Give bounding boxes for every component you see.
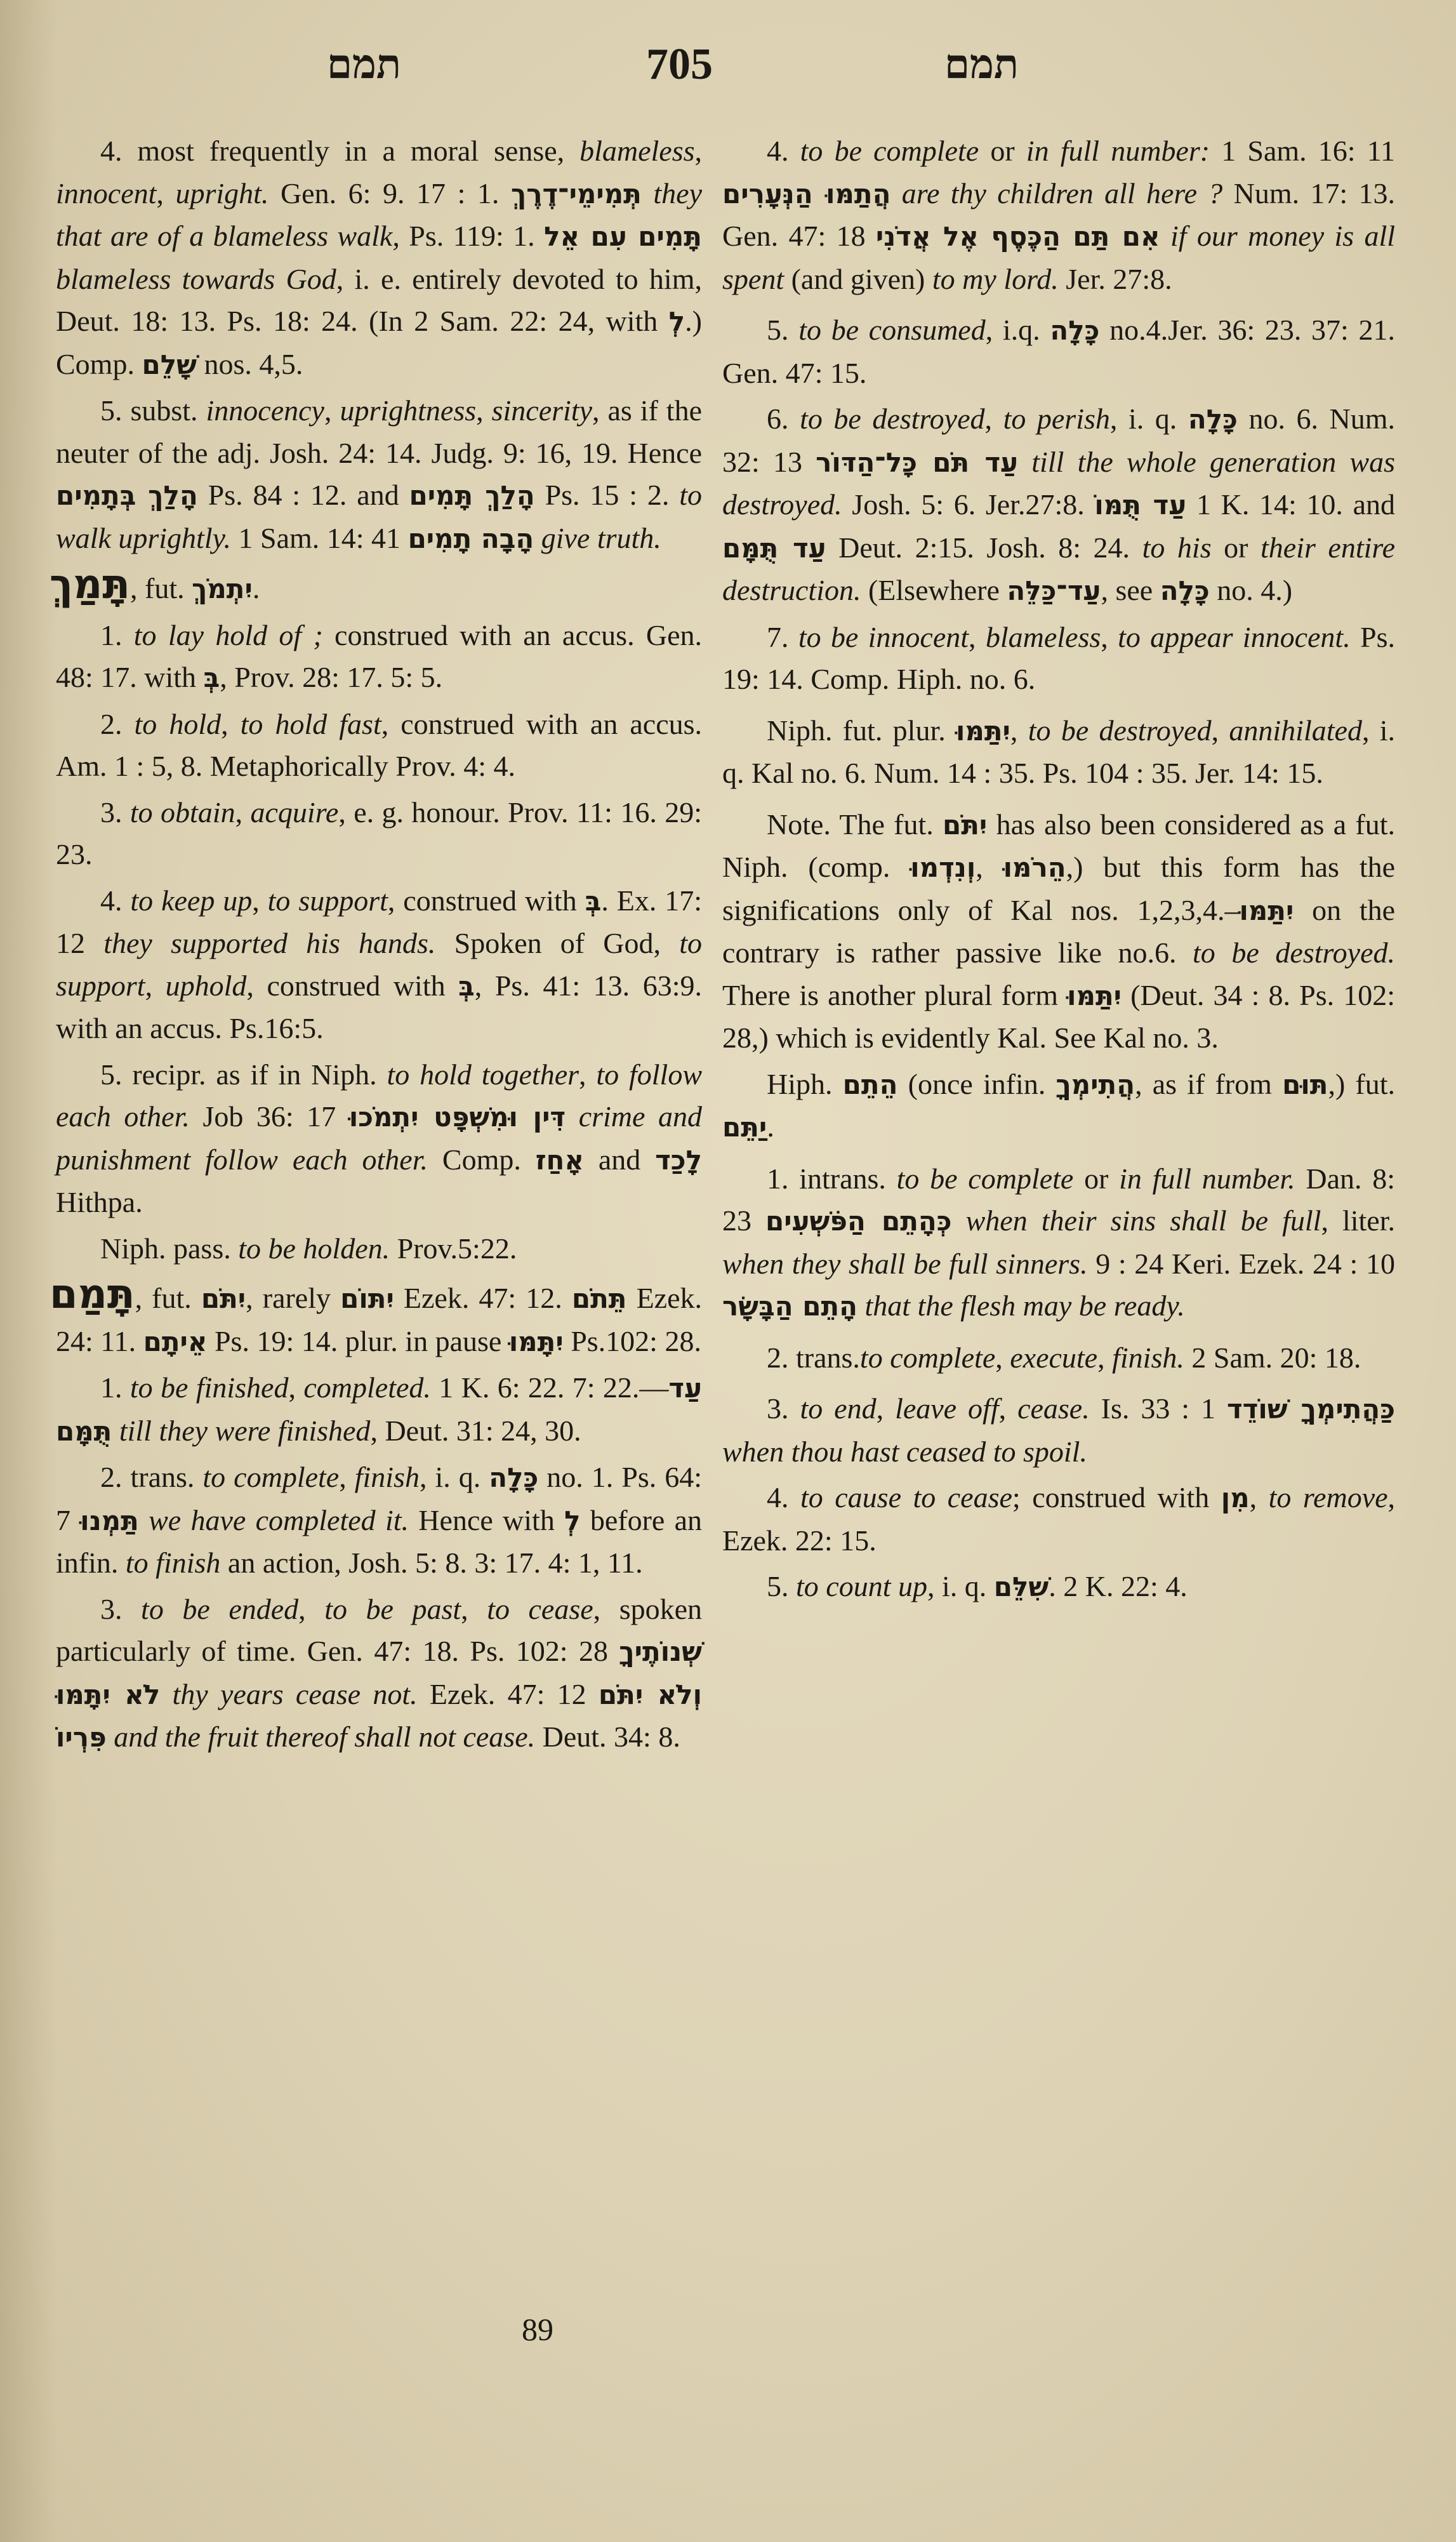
entry-paragraph: 4. to be complete or in full number: 1 S… <box>722 130 1395 300</box>
body-text: Ezek. 47: 12 <box>418 1678 599 1710</box>
gloss-italic: finish. <box>1112 1341 1184 1374</box>
body-text: . <box>767 1110 774 1143</box>
gloss-italic: to end <box>800 1392 876 1425</box>
hebrew-text: לָכַד <box>655 1145 702 1176</box>
hebrew-text: יִתְמֹךְ <box>192 573 253 604</box>
body-text: Prov.5:22. <box>390 1232 517 1265</box>
gloss-italic: give truth. <box>541 522 661 554</box>
headword: תָּמַם <box>50 1271 135 1318</box>
body-text: 1 Sam. 16: 11 <box>1210 135 1395 167</box>
body-text: , <box>288 1371 303 1404</box>
gloss-italic: when thou hast ceased to spoil. <box>722 1435 1087 1468</box>
gloss-italic: to count up <box>796 1570 927 1602</box>
entry-paragraph: 5. recipr. as if in Niph. to hold togeth… <box>56 1054 702 1224</box>
hebrew-text: אָחַז <box>536 1145 584 1176</box>
body-text: , liter. <box>1321 1204 1395 1237</box>
body-text: 3. <box>767 1392 800 1425</box>
gloss-italic: sincerity <box>492 394 592 427</box>
gloss-italic: to be innocent <box>798 621 969 653</box>
body-text: , i. q. <box>927 1570 994 1602</box>
gloss-italic: to keep up <box>130 884 252 917</box>
body-text: Ezek. 47: 12. <box>394 1282 572 1314</box>
entry-paragraph: 5. subst. innocency, uprightness, sincer… <box>56 390 702 560</box>
gloss-italic: to be consumed <box>798 314 986 346</box>
entry-headword-paragraph: תָּמַם, fut. יִתֹּם, rarely יִתּוֹם Ezek… <box>56 1274 702 1363</box>
body-text: 2. trans. <box>767 1341 860 1374</box>
body-text: , <box>999 1392 1017 1425</box>
body-text: ,) fut. <box>1328 1068 1395 1100</box>
running-head-left-word: תמם <box>327 39 401 90</box>
gloss-italic: thy years cease not. <box>173 1678 418 1710</box>
entry-paragraph: 4. to keep up, to support, construed wit… <box>56 880 702 1050</box>
hebrew-text: הָלַךְ בְּתָמִים <box>56 480 198 511</box>
body-text: 1 Sam. 14: 41 <box>231 522 408 554</box>
body-text: , i. q. <box>420 1461 489 1493</box>
body-text: (and given) <box>784 263 932 295</box>
body-text <box>112 1414 119 1447</box>
hebrew-text: הֵתֵם <box>843 1069 898 1100</box>
hebrew-text: אִם תַּם הַכֶּסֶף אֶל אֲדֹנִי <box>876 221 1160 252</box>
body-text: Deut. 2:15. Josh. 8: 24. <box>826 531 1142 564</box>
gloss-italic: execute <box>1010 1341 1097 1374</box>
entry-paragraph: 1. intrans. to be complete or in full nu… <box>722 1158 1395 1328</box>
body-text <box>107 1720 114 1753</box>
body-text: ; construed with <box>1012 1481 1221 1514</box>
body-text: 1 K. 14: 10. and <box>1186 488 1395 521</box>
right-column: 4. to be complete or in full number: 1 S… <box>722 130 1395 1613</box>
hebrew-text: בְּ <box>585 886 602 917</box>
body-text: and <box>584 1143 655 1176</box>
body-text: Comp. <box>428 1143 536 1176</box>
page-number: 705 <box>646 39 713 90</box>
gloss-italic: that the flesh may be ready. <box>865 1289 1185 1322</box>
body-text <box>1018 446 1031 478</box>
entry-paragraph: 1. to be finished, completed. 1 K. 6: 22… <box>56 1367 702 1453</box>
body-text: . <box>253 572 260 604</box>
running-head: תמם 705 תמם <box>0 39 1456 90</box>
body-text: Ps.102: 28. <box>564 1325 701 1357</box>
hebrew-text: תָּמִים עִם אֵל <box>544 221 702 252</box>
body-text: 2. <box>100 708 135 740</box>
body-text: Job 36: 17 <box>190 1100 349 1133</box>
gloss-italic: to appear innocent. <box>1118 621 1351 653</box>
entry-paragraph: 6. to be destroyed, to perish, i. q. כָּ… <box>722 398 1395 613</box>
body-text: 4. <box>767 135 800 167</box>
gloss-italic: to be finished <box>130 1371 289 1404</box>
gloss-italic: when their sins shall be full <box>966 1204 1321 1237</box>
body-text <box>160 1678 172 1710</box>
entry-paragraph: 1. to lay hold of ; construed with an ac… <box>56 615 702 700</box>
hebrew-text: תֵּתֹם <box>572 1283 627 1314</box>
body-text: 2. trans. <box>100 1461 202 1493</box>
gloss-italic: uphold <box>166 969 247 1002</box>
gloss-italic: to my lord. <box>932 263 1059 295</box>
gloss-italic: innocency <box>206 394 324 427</box>
hebrew-text: כַּהֲתִימְךָ שׁוֹדֵד <box>1227 1394 1395 1425</box>
gloss-italic: leave off <box>895 1392 999 1425</box>
hebrew-text: שָׁלֵם <box>142 349 197 380</box>
hebrew-text: יִתָּמּוּ <box>509 1326 564 1357</box>
body-text: , Deut. 31: 24, 30. <box>370 1414 581 1447</box>
hebrew-text: עַד תֻּמָּם <box>722 533 826 564</box>
entry-paragraph: 2. trans.to complete, execute, finish. 2… <box>722 1337 1395 1380</box>
body-text: Spoken of God, <box>435 927 679 959</box>
body-text: or <box>1073 1162 1119 1195</box>
entry-paragraph: 5. to be consumed, i.q. כָּלָה no.4.Jer.… <box>722 309 1395 394</box>
hebrew-text: הָבָה תָמִים <box>408 523 534 554</box>
body-text: 5. <box>767 314 798 346</box>
hebrew-text: כָּלָה <box>489 1462 538 1493</box>
body-text: or <box>979 135 1026 167</box>
body-text: , <box>695 135 703 167</box>
entry-paragraph: 2. trans. to complete, finish, i. q. כָּ… <box>56 1456 702 1585</box>
body-text: , <box>1212 714 1229 747</box>
hebrew-text: מִן <box>1221 1482 1250 1514</box>
body-text: , i. q. <box>1110 403 1188 435</box>
body-text: Ps. 84 : 12. and <box>198 479 409 511</box>
body-text: 4. <box>100 884 130 917</box>
signature-mark: 89 <box>522 2311 553 2348</box>
hebrew-text: עַד־כַּלֵּה <box>1007 575 1101 606</box>
body-text: 5. recipr. as if in Niph. <box>100 1058 387 1091</box>
body-text: , <box>1097 1341 1112 1374</box>
gloss-italic: we have completed it. <box>149 1504 409 1536</box>
hebrew-text: שִׁלֵּם <box>994 1571 1049 1602</box>
hebrew-text: הֲתִימְךָ <box>1056 1069 1135 1100</box>
gloss-italic: to cease <box>487 1593 593 1625</box>
gloss-italic: annihilated <box>1229 714 1362 747</box>
body-text: , Prov. 28: 17. 5: 5. <box>220 661 442 693</box>
hebrew-text: כָּלָה <box>1160 575 1210 606</box>
body-text: 7. <box>767 621 798 653</box>
gloss-italic: blameless towards God <box>56 263 336 295</box>
body-text: , <box>298 1593 324 1625</box>
hebrew-text: דִּין וּמִשְׁפָּט יִתְמֹכוּ <box>349 1101 566 1133</box>
body-text: Jer. 27:8. <box>1059 263 1172 295</box>
body-text: , fut. <box>135 1282 201 1314</box>
gloss-italic: innocent <box>56 177 156 210</box>
body-text: 2 Sam. 20: 18. <box>1184 1341 1361 1374</box>
body-text: , rarely <box>246 1282 340 1314</box>
running-head-right-word: תמם <box>944 39 1019 90</box>
body-text <box>890 177 901 210</box>
gloss-italic: in full number: <box>1026 135 1210 167</box>
gloss-italic: to perish <box>1003 403 1110 435</box>
body-text: 1. <box>100 1371 130 1404</box>
gloss-italic: to be destroyed <box>800 403 984 435</box>
body-text: Is. 33 : 1 <box>1090 1392 1227 1425</box>
gloss-italic: uprightness <box>340 394 476 427</box>
body-text: , fut. <box>130 572 192 604</box>
gloss-italic: to hold fast <box>241 708 381 740</box>
hebrew-text: עַד תֹּם כָּל־הַדּוֹר <box>816 447 1018 478</box>
hebrew-text: בְּ <box>204 662 220 693</box>
gloss-italic: completed. <box>303 1371 431 1404</box>
body-text: , as if from <box>1135 1068 1282 1100</box>
gloss-italic: when they shall be full sinners. <box>722 1248 1088 1280</box>
gloss-italic: to hold <box>135 708 222 740</box>
hebrew-text: יִתַּמּוּ <box>956 715 1010 747</box>
gloss-italic: to hold together <box>387 1058 579 1091</box>
body-text: , construed with <box>388 884 585 917</box>
gloss-italic: acquire <box>251 796 339 828</box>
body-text: 1 K. 6: 22. 7: 22.— <box>431 1371 669 1404</box>
body-text: , <box>976 851 1003 883</box>
hebrew-text: וְנִדְמוּ <box>910 852 976 883</box>
hebrew-text: הֵרֹמּוּ <box>1003 852 1066 883</box>
body-text: , <box>995 1341 1010 1374</box>
body-text <box>566 1100 579 1133</box>
body-text: , <box>1101 621 1118 653</box>
entry-paragraph: 2. to hold, to hold fast, construed with… <box>56 703 702 788</box>
headword: תָּמַךְ <box>50 561 130 608</box>
body-text: , <box>969 621 986 653</box>
entry-paragraph: 4. to cause to cease; construed with מִן… <box>722 1477 1395 1562</box>
hebrew-text: לְ <box>564 1505 580 1536</box>
body-text: , <box>461 1593 487 1625</box>
body-text: 9 : 24 Keri. Ezek. 24 : 10 <box>1088 1248 1395 1280</box>
body-text: , <box>324 394 340 427</box>
body-text: 4. <box>767 1481 800 1514</box>
body-text <box>857 1289 865 1322</box>
gloss-italic: to remove <box>1269 1481 1388 1514</box>
body-text: Ps. 19: 14. plur. in pause <box>207 1325 508 1357</box>
gloss-italic: to be ended <box>141 1593 298 1625</box>
body-text: 3. <box>100 796 130 828</box>
hebrew-text: יִתֹּם <box>943 809 987 841</box>
body-text: , <box>339 1461 355 1493</box>
body-text: Hence with <box>409 1504 564 1536</box>
page-edge-shadow <box>0 0 57 2542</box>
left-column: 4. most frequently in a moral sense, bla… <box>56 130 702 1763</box>
hebrew-text: כָּלָה <box>1188 404 1238 435</box>
hebrew-text: תַּמְנוּ <box>80 1505 139 1536</box>
body-text: nos. 4,5. <box>197 348 303 380</box>
body-text: 4. most frequently in a moral sense, <box>100 135 579 167</box>
hebrew-text: יִתַּמּוּ <box>1239 895 1294 926</box>
body-text: Hiph. <box>767 1068 843 1100</box>
gloss-italic: to be past <box>324 1593 461 1625</box>
body-text: Ps. 15 : 2. <box>535 479 679 511</box>
body-text: 1. intrans. <box>767 1162 897 1195</box>
body-text: , <box>1010 714 1028 747</box>
body-text: 3. <box>100 1593 141 1625</box>
hebrew-text: כְּהָתֵם הַפֹּשְׁעִים <box>765 1206 952 1237</box>
gloss-italic: to cause to cease <box>800 1481 1012 1514</box>
body-text: an action, Josh. 5: 8. 3: 17. 4: 1, 11. <box>220 1547 642 1579</box>
body-text <box>1160 220 1170 252</box>
body-text: or <box>1212 531 1261 564</box>
hebrew-text: תְּמִימֵי־דֶרֶךְ <box>511 178 642 210</box>
body-text: , Ps. 119: 1. <box>392 220 544 252</box>
hebrew-text: הֲתַמּוּ הַנְּעָרִים <box>722 178 890 210</box>
gloss-italic: cease. <box>1017 1392 1090 1425</box>
hebrew-text: יִתּוֹם <box>340 1283 394 1314</box>
body-text: , i.q. <box>986 314 1050 346</box>
gloss-italic: to be complete <box>897 1162 1074 1195</box>
body-text: , <box>1250 1481 1269 1514</box>
gloss-italic: finish <box>355 1461 420 1493</box>
hebrew-text: תּוּם <box>1282 1069 1328 1100</box>
gloss-italic: to be complete <box>800 135 979 167</box>
hebrew-text: כָּלָה <box>1050 315 1099 346</box>
hebrew-text: יִתַּמּוּ <box>1067 980 1122 1011</box>
gloss-italic: to support <box>268 884 388 917</box>
body-text: , <box>252 884 267 917</box>
gloss-italic: to lay hold of ; <box>134 619 323 651</box>
gloss-italic: to finish <box>126 1547 221 1579</box>
body-text <box>952 1204 966 1237</box>
gloss-italic: to be holden. <box>238 1232 390 1265</box>
body-text: , <box>221 708 241 740</box>
gloss-italic: and the fruit thereof shall not cease. <box>114 1720 535 1753</box>
body-text: Josh. 5: 6. Jer.27:8. <box>842 488 1095 521</box>
body-text: Niph. fut. plur. <box>767 714 956 747</box>
entry-paragraph: 5. to count up, i. q. שִׁלֵּם. 2 K. 22: … <box>722 1566 1395 1609</box>
entry-headword-paragraph: תָּמַךְ, fut. יִתְמֹךְ. <box>56 564 702 611</box>
hebrew-text: אֵיתָם <box>143 1326 208 1357</box>
body-text: Note. The fut. <box>767 808 943 841</box>
body-text: 5. subst. <box>100 394 206 427</box>
gloss-italic: till they were finished <box>119 1414 371 1447</box>
body-text: There is another plural form <box>722 979 1067 1011</box>
body-text: no. 4.) <box>1210 574 1292 606</box>
hebrew-text: לְ <box>669 306 685 337</box>
gloss-italic: to his <box>1142 531 1212 564</box>
body-text: , <box>877 1392 895 1425</box>
entry-paragraph: Hiph. הֵתֵם (once infin. הֲתִימְךָ, as i… <box>722 1063 1395 1149</box>
gloss-italic: to complete <box>860 1341 995 1374</box>
gloss-italic: to complete <box>202 1461 339 1493</box>
body-text <box>534 522 541 554</box>
body-text: (Elsewhere <box>861 574 1007 606</box>
body-text: , <box>156 177 175 210</box>
entry-paragraph: Note. The fut. יִתֹּם has also been cons… <box>722 804 1395 1060</box>
hebrew-text: בְּ <box>458 971 475 1002</box>
body-text: Hithpa. <box>56 1186 143 1218</box>
body-text: 5. <box>767 1570 796 1602</box>
entry-paragraph: 3. to end, leave off, cease. Is. 33 : 1 … <box>722 1388 1395 1473</box>
gloss-italic: upright. <box>175 177 268 210</box>
body-text <box>139 1504 149 1536</box>
gloss-italic: to be destroyed <box>1028 714 1212 747</box>
hebrew-text: עַד תֻּמּוֹ <box>1094 489 1186 521</box>
entry-paragraph: Niph. fut. plur. יִתַּמּוּ, to be destro… <box>722 710 1395 795</box>
gloss-italic: to be destroyed. <box>1193 936 1395 969</box>
entry-paragraph: 7. to be innocent, blameless, to appear … <box>722 616 1395 701</box>
gloss-italic: are thy children all here ? <box>902 177 1223 210</box>
body-text: Niph. pass. <box>100 1232 238 1265</box>
entry-paragraph: 4. most frequently in a moral sense, bla… <box>56 130 702 386</box>
body-text: 6. <box>767 403 800 435</box>
hebrew-text: יַתֵּם <box>722 1112 767 1143</box>
entry-paragraph: 3. to be ended, to be past, to cease, sp… <box>56 1588 702 1759</box>
body-text: , <box>579 1058 596 1091</box>
gloss-italic: they supported his hands. <box>103 927 435 959</box>
body-text: , <box>985 403 1003 435</box>
hebrew-text: הָתֵם הַבָּשָׂר <box>722 1291 857 1322</box>
hebrew-text: הָלַךְ תָּמִים <box>409 480 535 511</box>
body-text: , construed with <box>246 969 458 1002</box>
gloss-italic: to obtain <box>130 796 235 828</box>
entry-paragraph: 3. to obtain, acquire, e. g. honour. Pro… <box>56 792 702 876</box>
body-text <box>642 177 654 210</box>
entry-paragraph: Niph. pass. to be holden. Prov.5:22. <box>56 1228 702 1270</box>
gloss-italic: blameless <box>986 621 1101 653</box>
body-text: , <box>476 394 491 427</box>
body-text: (once infin. <box>897 1068 1056 1100</box>
body-text: Deut. 34: 8. <box>535 1720 680 1753</box>
gloss-italic: blameless <box>579 135 694 167</box>
body-text: . 2 K. 22: 4. <box>1049 1570 1188 1602</box>
body-text: 1. <box>100 619 134 651</box>
body-text: , see <box>1101 574 1160 606</box>
body-text: , <box>235 796 251 828</box>
body-text: , <box>145 969 166 1002</box>
gloss-italic: in full number. <box>1119 1162 1295 1195</box>
body-text: Gen. 6: 9. 17 : 1. <box>268 177 511 210</box>
hebrew-text: יִתֹּם <box>201 1283 246 1314</box>
